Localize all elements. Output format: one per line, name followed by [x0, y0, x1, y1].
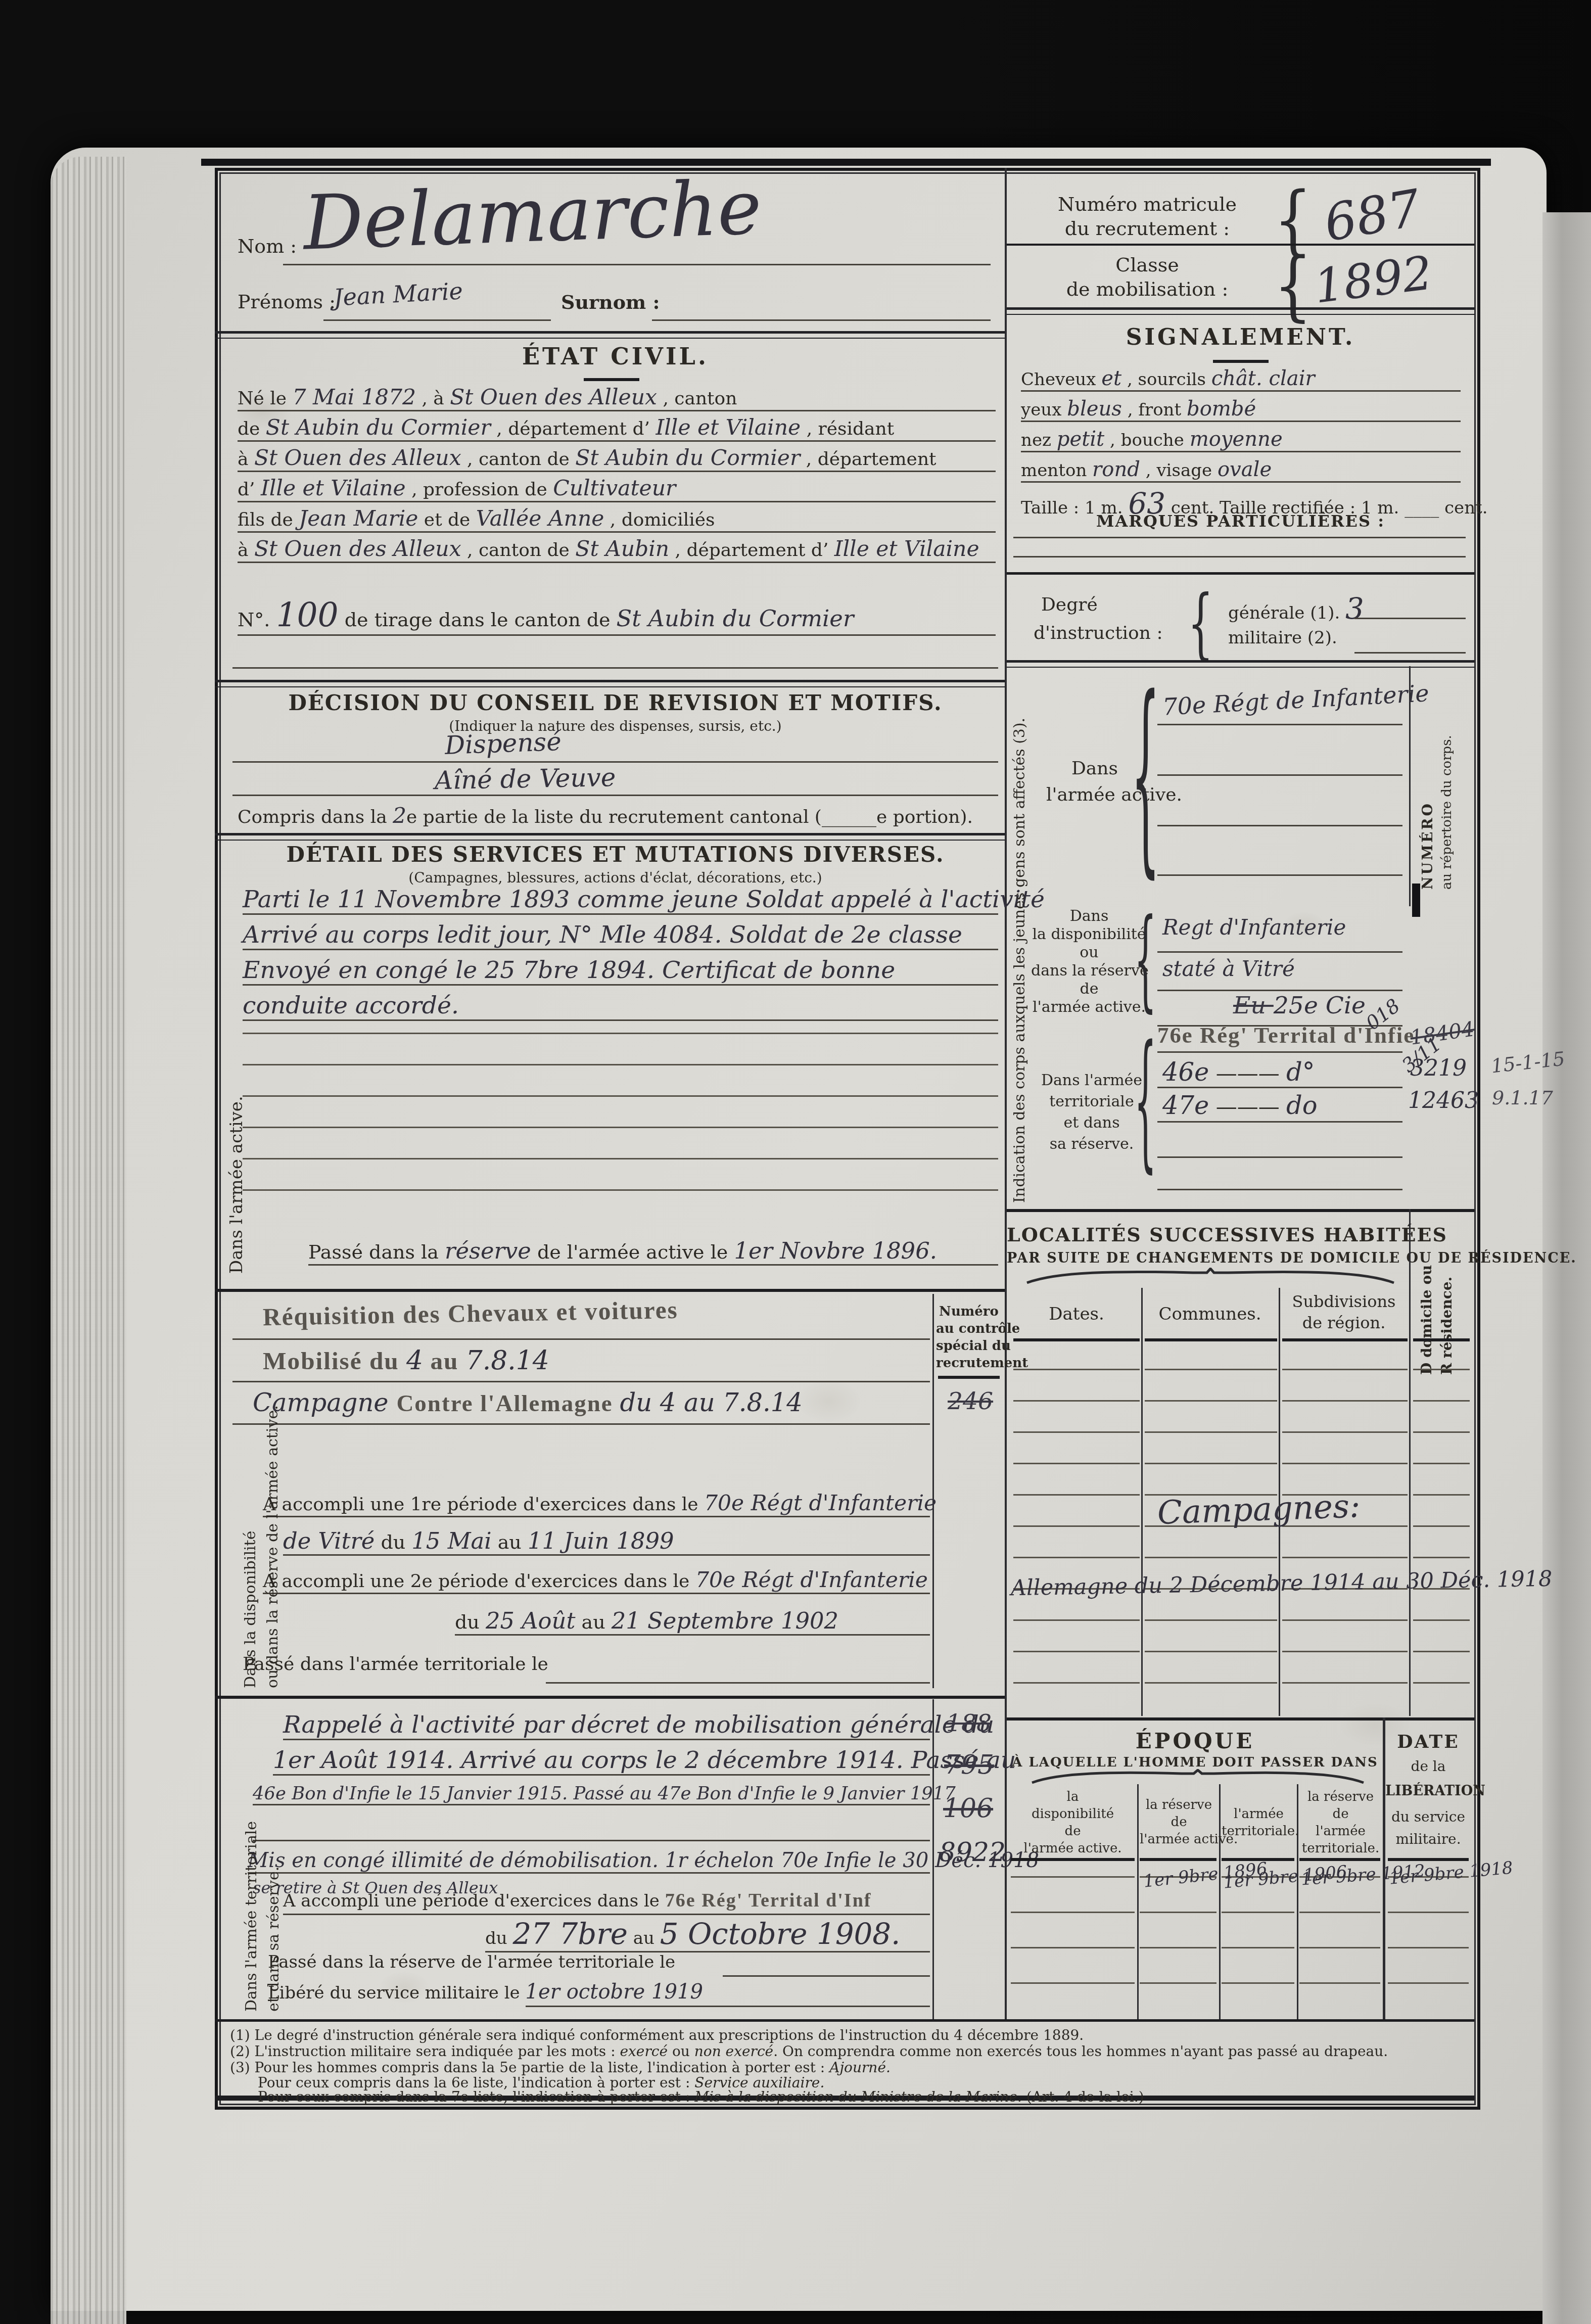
localites-col-sub-2: de région.: [1282, 1313, 1406, 1332]
margin-label-armee-active: Dans l'armée active.: [226, 890, 247, 1274]
epoque-head-rule-2: [1140, 1858, 1216, 1861]
territoriale-line-1: Rappelé à l'activité par décret de mobil…: [283, 1711, 930, 1740]
localites-brace: [1026, 1268, 1395, 1285]
corps-dispo-label-6: l'armée active.: [1031, 998, 1147, 1016]
marques-rule-2: [1013, 556, 1466, 557]
localites-head-rule-3: [1282, 1338, 1408, 1341]
corps-terr-rule-2: [1157, 1087, 1402, 1088]
corps-terr-brace: {: [1134, 1026, 1157, 1175]
localites-head-rule-1: [1013, 1338, 1140, 1341]
territoriale-passe-reserve-rule: [723, 1975, 930, 1977]
epoque-col-rule-2: [1219, 1784, 1221, 2019]
corps-dispo-brace: {: [1134, 905, 1157, 1014]
decision-subtitle: (Indiquer la nature des dispenses, sursi…: [232, 718, 998, 734]
corps-dispo-line-1: Regt d'Infanterie: [1162, 915, 1346, 940]
campagne-line: Campagne Contre l'Allemagne du 4 au 7.8.…: [253, 1388, 803, 1417]
numero-col-label-2: au répertoire du corps.: [1439, 677, 1455, 890]
controle-header-2: au contrôle: [936, 1321, 1002, 1336]
numero-col-endbar: [1412, 884, 1420, 917]
corps-dispo-rule-2: [1157, 990, 1402, 991]
etat-civil-line-1: Né le 7 Mai 1872 , à St Ouen des Alleux …: [238, 385, 996, 411]
corps-terr-rule-3: [1157, 1121, 1402, 1123]
corps-dispo-label-2: la disponibilité: [1031, 925, 1147, 943]
corps-terr-rule-5: [1157, 1189, 1402, 1190]
localites-rows-dr: [1413, 1365, 1470, 1713]
epoque-col3-l1: l'armée: [1222, 1806, 1296, 1822]
territoriale-line-4: Mis en congé illimité de démobilisation.…: [248, 1849, 930, 1874]
numero-col-label-1: NUMÉRO: [1419, 677, 1436, 890]
corps-terr-label-1: Dans l'armée: [1036, 1072, 1147, 1089]
epoque-col2-l1: la réserve: [1140, 1797, 1218, 1812]
prenoms-label: Prénoms :: [238, 291, 336, 313]
epoque-col4-l2: de: [1299, 1806, 1382, 1822]
etat-civil-title: ÉTAT CIVIL.: [232, 343, 998, 370]
terr-num-1: 188: [946, 1709, 992, 1737]
corps-dispo-label-1: Dans: [1041, 907, 1137, 925]
epoque-date-l5: militaire.: [1385, 1831, 1471, 1847]
epoque-date-l2: de la: [1385, 1758, 1471, 1775]
header-divider: [215, 331, 1005, 339]
degre-militaire: militaire (2).: [1228, 628, 1337, 648]
corps-active-label-2: l'armée active.: [1046, 784, 1182, 805]
degre-label-2: d'instruction :: [1034, 623, 1163, 643]
signalement-cheveux: Cheveux et , sourcils chât. clair: [1021, 367, 1461, 392]
nom-rule: [283, 264, 991, 265]
controle-header-3: spécial du: [936, 1338, 1002, 1354]
localites-col-communes: Communes.: [1145, 1304, 1275, 1324]
nom-label: Nom :: [238, 235, 297, 257]
corps-dispo-label-3: ou: [1041, 944, 1137, 961]
territoriale-periode-rule: [283, 1914, 930, 1915]
margin-label-dispo-1: Dans la disponibilité: [242, 1299, 259, 1688]
etat-civil-line-5: fils de Jean Marie et de Vallée Anne , d…: [238, 506, 996, 533]
etat-civil-line-3: à St Ouen des Alleux , canton de St Aubi…: [238, 446, 996, 472]
corps-dispo-label-4: dans la réserve: [1031, 962, 1147, 980]
epoque-col1-l3: de: [1011, 1824, 1135, 1839]
localites-head-rule-4: [1413, 1338, 1470, 1341]
corps-dispo-line-2: staté à Vitré: [1162, 956, 1295, 981]
classe-label-1: Classe: [1026, 254, 1269, 276]
classe-label-2: de mobilisation :: [1026, 278, 1269, 300]
etat-civil-line-4: d’ Ille et Vilaine , profession de Culti…: [238, 476, 996, 502]
localites-title: LOCALITÉS SUCCESSIVES HABITÉES: [1007, 1223, 1411, 1246]
requisition-divider: [215, 1289, 1005, 1292]
corps-active-label-1: Dans: [1071, 758, 1118, 779]
etat-civil-line-6: à St Ouen des Alleux , canton de St Aubi…: [238, 537, 996, 563]
localites-col-rule-1: [1141, 1288, 1143, 1716]
territoriale-libere: Libéré du service militaire le 1er octob…: [268, 1980, 703, 2004]
tirage-blank-rule: [232, 667, 998, 669]
corps-terr-label-4: sa réserve.: [1036, 1135, 1147, 1153]
services-divider: [215, 833, 1005, 841]
corps-dispo-rule-1: [1157, 951, 1402, 953]
terr-num-4: 8922: [939, 1837, 1006, 1868]
services-line-4: conduite accordé.: [243, 992, 998, 1021]
corps-dispo-line-3: Eu 25e Cie: [1233, 992, 1366, 1019]
corps-terr-num47: 12463: [1408, 1088, 1479, 1113]
controle-header-1: Numéro: [936, 1304, 1002, 1319]
epoque-col4-l3: l'armée: [1299, 1824, 1382, 1839]
footnote-3: (3) Pour les hommes compris dans la 5e p…: [230, 2059, 891, 2076]
signalement-menton: menton rond , visage ovale: [1021, 458, 1461, 483]
epoque-col1-l1: la: [1011, 1789, 1135, 1804]
territoriale-periode: A accompli une période d'exercices dans …: [283, 1889, 872, 1912]
degre-brace: {: [1188, 585, 1213, 662]
territoriale-empty-rule: [253, 1840, 930, 1841]
corps-terr-row46: 46e ——— d°: [1162, 1057, 1315, 1087]
controle-header-4: recrutement: [936, 1356, 1002, 1371]
prenoms-rule: [323, 319, 551, 321]
decision-rule-2: [232, 795, 998, 796]
periode1-line-b: de Vitré du 15 Mai au 11 Juin 1899: [283, 1527, 930, 1556]
corps-side-label: Indication des corps auxquels les jeunes…: [1011, 672, 1028, 1203]
compris-line: Compris dans la 2e partie de la liste du…: [238, 804, 973, 828]
marques-rule-1: [1013, 537, 1466, 538]
tirage-line: N°. 100 de tirage dans le canton de St A…: [238, 596, 996, 636]
services-subtitle: (Campagnes, blessures, actions d'éclat, …: [232, 869, 998, 886]
corps-active-rule-4: [1157, 874, 1402, 876]
corps-active-rule-2: [1157, 774, 1402, 776]
periode2-line-b: du 25 Août au 21 Septembre 1902: [455, 1607, 930, 1636]
book-page-edges: [51, 157, 126, 2324]
epoque-col2-l3: l'armée active.: [1140, 1832, 1218, 1847]
surnom-rule: [652, 319, 991, 321]
terr-num-3: 106: [943, 1793, 993, 1824]
corps-terr-label-3: et dans: [1036, 1114, 1147, 1132]
periode1-line-a: A accompli une 1re période d'exercices d…: [263, 1491, 930, 1517]
mobilise-rule: [232, 1381, 930, 1382]
footnote-2: (2) L'instruction militaire sera indiqué…: [230, 2043, 1388, 2060]
epoque-rows-5: [1388, 1866, 1469, 2018]
margin-label-dispo-2: ou dans la réserve de l'armée active.: [264, 1299, 282, 1688]
corps-terr-margin47: 9.1.17: [1492, 1087, 1553, 1109]
corps-terr-num46: 3219: [1410, 1055, 1467, 1081]
periode2-line-a: A accompli une 2e période d'exercices da…: [263, 1568, 930, 1594]
terr-numbers-col-rule: [932, 1699, 934, 2019]
epoque-col4-l4: territoriale.: [1299, 1841, 1382, 1856]
decision-line-1: Dispensé: [444, 727, 562, 760]
degre-generale-rule: [1354, 618, 1466, 619]
matricule-divider: [1007, 244, 1474, 246]
epoque-date-l1: DATE: [1385, 1731, 1471, 1752]
epoque-brace: [1031, 1769, 1365, 1784]
margin-label-terr-2: et dans sa réserve.: [265, 1713, 283, 2012]
footnote-1: (1) Le degré d'instruction générale sera…: [230, 2027, 1084, 2043]
marques-title: MARQUES PARTICULIÈRES :: [1007, 512, 1474, 531]
territoriale-libere-rule: [526, 2006, 930, 2007]
services-empty-rules: [243, 1031, 998, 1221]
margin-label-terr-1: Dans l'armée territoriale: [243, 1713, 260, 2012]
corps-terr-label-2: territoriale: [1036, 1093, 1147, 1110]
adjacent-page-edge: [1542, 212, 1591, 2324]
epoque-col1-l4: l'armée active.: [1011, 1841, 1135, 1856]
signalement-yeux: yeux bleus , front bombé: [1021, 397, 1461, 422]
territoriale-passe-reserve: Passé dans la réserve de l'armée territo…: [268, 1952, 675, 1972]
mobilise-line: Mobilisé du 4 au 7.8.14: [263, 1345, 549, 1376]
epoque-col-rule-1: [1137, 1784, 1139, 2019]
services-line-2: Arrivé au corps ledit jour, N° Mle 4084.…: [243, 921, 998, 950]
localites-rows-communes: [1145, 1365, 1277, 1713]
epoque-col3-l2: territoriale.: [1222, 1824, 1296, 1839]
signalement-nez: nez petit , bouche moyenne: [1021, 428, 1461, 452]
localites-dr-2: R résidence.: [1438, 1223, 1455, 1375]
territoriale-divider: [215, 1696, 1005, 1699]
decision-title: DÉCISION DU CONSEIL DE REVISION ET MOTIF…: [232, 690, 998, 715]
footnote-5: Pour ceux compris dans la 7e liste, l'in…: [258, 2088, 1144, 2105]
signalement-title-rule: [1213, 360, 1269, 363]
corps-terr-rule-4: [1157, 1156, 1402, 1158]
localites-head-rule-2: [1145, 1338, 1277, 1341]
scan-canvas: Nom : Delamarche Prénoms : Jean Marie Su…: [0, 0, 1591, 2324]
top-band: [201, 159, 1491, 166]
territoriale-line-2: 1er Août 1914. Arrivé au corps le 2 déce…: [273, 1746, 930, 1776]
localites-subtitle: PAR SUITE DE CHANGEMENTS DE DOMICILE OU …: [1007, 1250, 1411, 1266]
terr-num-2: 795: [944, 1750, 994, 1780]
epoque-rows-1: [1011, 1866, 1135, 2018]
footnotes-divider: [215, 2019, 1474, 2022]
passe-territoriale-label: Passé dans l'armée territoriale le: [243, 1654, 548, 1675]
epoque-title: ÉPOQUE: [1007, 1729, 1383, 1753]
corps-active-brace: {: [1131, 672, 1160, 881]
epoque-date-l3: LIBÉRATION: [1385, 1783, 1471, 1799]
surnom-label: Surnom :: [561, 291, 660, 313]
localites-col-rule-3: [1409, 1209, 1411, 1716]
epoque-col4-l1: la réserve: [1299, 1789, 1382, 1804]
epoque-col1-l2: disponibilité: [1011, 1806, 1135, 1822]
corps-active-rule-1: [1157, 724, 1402, 725]
services-line-3: Envoyé en congé le 25 7bre 1894. Certifi…: [243, 956, 998, 986]
degre-militaire-rule: [1354, 652, 1466, 654]
epoque-head-rule-1: [1011, 1858, 1135, 1861]
controle-value: 246: [948, 1387, 993, 1415]
degre-generale: générale (1). 3: [1228, 591, 1364, 626]
territoriale-periode-dates: du 27 7bre au 5 Octobre 1908.: [485, 1917, 930, 1953]
localites-col-dates: Dates.: [1016, 1304, 1137, 1324]
degre-label-1: Degré: [1041, 594, 1098, 615]
campagne-rule: [232, 1423, 930, 1425]
corps-terr-rule-1: [1157, 1051, 1402, 1053]
epoque-date-l4: du service: [1385, 1808, 1471, 1825]
localites-rows-sub: [1282, 1365, 1408, 1713]
localites-rows-dates: [1013, 1365, 1140, 1713]
decision-line-2: Aîné de Veuve: [435, 763, 616, 795]
signalement-title: SIGNALEMENT.: [1007, 324, 1474, 350]
localites-col-sub-1: Subdivisions: [1282, 1292, 1406, 1311]
controle-header-rule: [938, 1376, 1000, 1379]
services-title: DÉTAIL DES SERVICES ET MUTATIONS DIVERSE…: [232, 842, 998, 867]
matricule-label-2: du recrutement :: [1026, 217, 1269, 240]
signalement-divider: [1007, 307, 1474, 315]
epoque-subtitle: À LAQUELLE L'HOMME DOIT PASSER DANS: [1007, 1755, 1383, 1770]
corps-divider: [1007, 660, 1474, 668]
etat-civil-line-2: de St Aubin du Cormier , département d’ …: [238, 415, 996, 442]
epoque-head-rule-4: [1299, 1858, 1380, 1861]
services-line-1: Parti le 11 Novembre 1893 comme jeune So…: [243, 886, 998, 915]
corps-terr-row47: 47e ——— do: [1162, 1091, 1318, 1120]
territoriale-line-3: 46e Bon d'Infie le 15 Janvier 1915. Pass…: [253, 1783, 930, 1805]
decision-divider: [215, 680, 1005, 687]
etat-civil-title-rule: [584, 378, 639, 381]
passe-territoriale-rule: [546, 1682, 930, 1684]
localites-divider: [1007, 1209, 1474, 1212]
corps-terr-stamp: 76e Rég' Territal d'Infie: [1157, 1022, 1415, 1048]
degre-divider: [1007, 572, 1474, 575]
passe-reserve-line: Passé dans la réserve de l'armée active …: [308, 1237, 998, 1266]
requisition-rule: [232, 1338, 930, 1340]
epoque-divider: [1007, 1717, 1474, 1721]
matricule-label-1: Numéro matricule: [1026, 193, 1269, 215]
localites-hw-campagnes: Campagnes:: [1157, 1488, 1361, 1532]
corps-active-rule-3: [1157, 825, 1402, 826]
localites-dr-1: D domicile ou: [1418, 1223, 1435, 1375]
epoque-col2-l2: de: [1140, 1815, 1218, 1830]
nom-value: Delamarche: [302, 164, 763, 267]
epoque-col-rule-3: [1297, 1784, 1298, 2019]
corps-dispo-label-5: de: [1041, 980, 1137, 998]
epoque-head-rule-5: [1388, 1858, 1469, 1861]
